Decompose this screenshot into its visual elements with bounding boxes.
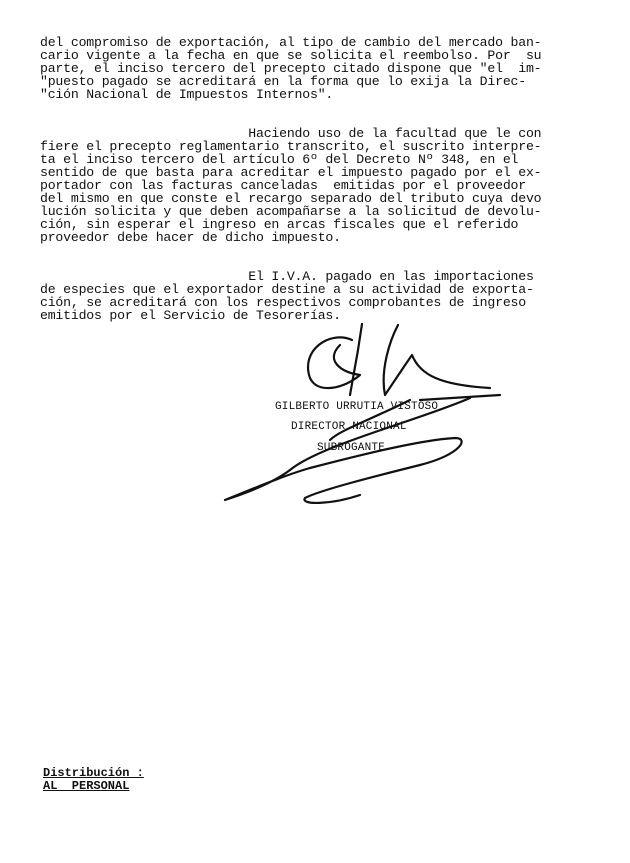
signatory-name: GILBERTO URRUTIA VISTOSO	[275, 401, 438, 413]
signatory-title: DIRECTOR NACIONAL	[291, 421, 407, 433]
signatory-role: SUBROGANTE.	[317, 442, 392, 454]
distribution-recipient: AL PERSONAL	[43, 780, 129, 793]
